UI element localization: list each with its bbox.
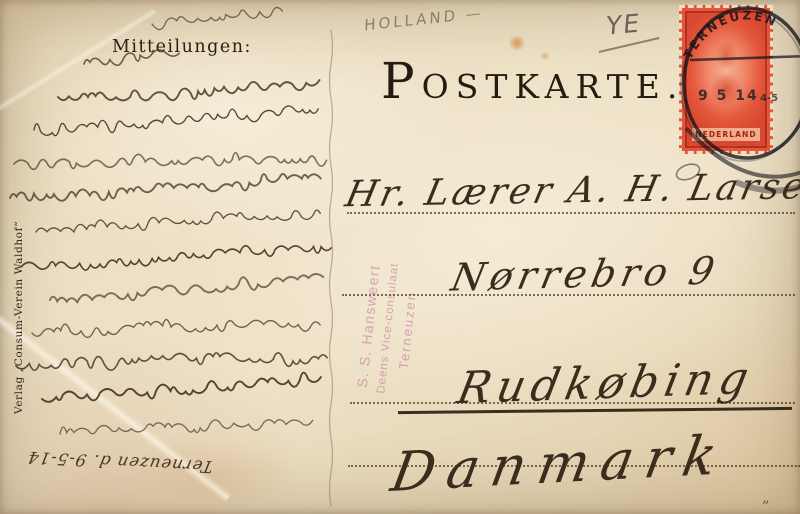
- paper-stain: [508, 36, 526, 50]
- page-title: POSTKARTE.: [381, 52, 684, 110]
- handwritten-message-scribbles: [0, 0, 340, 514]
- address-line-2: Nørrebro 9: [448, 248, 723, 299]
- address-line-1: Hr. Lærer A. H. Larsen: [342, 166, 800, 216]
- pencil-holland-note: HOLLAND —: [364, 4, 484, 35]
- title-initial: P: [381, 52, 422, 110]
- divider-line: [318, 22, 348, 514]
- address-line-3: Rudkøbing: [453, 353, 758, 415]
- pencil-corner-mark: „: [762, 488, 770, 506]
- svg-text:TERNEUZEN: TERNEUZEN: [681, 8, 780, 61]
- postmark-date: 9 5 14: [698, 88, 759, 104]
- pencil-ye-mark: YE: [605, 8, 643, 40]
- postmark-time: 4-5: [760, 93, 778, 104]
- consulate-handstamp: S. S. Hansweert Deens Vice-consulaat Ter…: [347, 220, 465, 441]
- postmark-town: TERNEUZEN: [681, 8, 780, 61]
- postcard-back: Mitteilungen: Verlag „Consum-Verein Wald…: [0, 0, 800, 514]
